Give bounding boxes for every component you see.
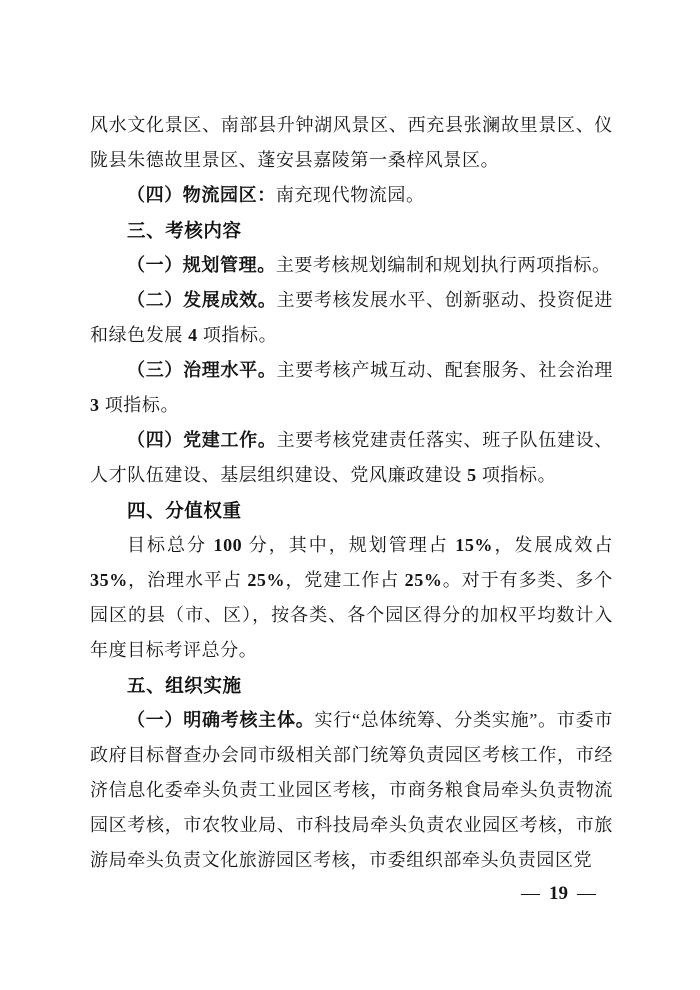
text-segment: （一）明确考核主体。 — [127, 710, 314, 730]
paragraph: （一）规划管理。主要考核规划编制和规划执行两项指标。 — [90, 248, 613, 283]
text-segment: 35% — [90, 570, 128, 590]
text-segment: 项指标。 — [100, 395, 180, 415]
text-segment: 项指标。 — [198, 325, 278, 345]
section-heading: 三、考核内容 — [90, 213, 613, 248]
text-segment: 南充现代物流园。 — [276, 185, 425, 205]
text-segment: 四、分值权重 — [127, 500, 242, 521]
text-segment: 25% — [247, 570, 285, 590]
text-segment: ，治理水平占 — [128, 570, 248, 590]
text-segment: 5 — [467, 465, 477, 485]
text-segment: 主要考核规划编制和规划执行两项指标。 — [276, 255, 611, 275]
page-number-dash-right: — — [577, 883, 596, 905]
paragraph: （一）明确考核主体。实行“总体统筹、分类实施”。市委市政府目标督查办会同市级相关… — [90, 703, 613, 878]
page-number: — 19 — — [521, 883, 596, 905]
text-segment: 主要考核产城互动、配套服务、社会治理 — [277, 360, 613, 380]
text-segment: （三）治理水平。 — [127, 360, 277, 380]
text-segment: 目标总分 — [127, 535, 213, 555]
text-segment: ，党建工作占 — [285, 570, 405, 590]
text-segment: （一）规划管理。 — [127, 255, 276, 275]
section-heading: 五、组织实施 — [90, 668, 613, 703]
text-segment: 分，其中，规划管理占 — [242, 535, 455, 555]
paragraph: （二）发展成效。主要考核发展水平、创新驱动、投资促进和绿色发展 4 项指标。 — [90, 283, 613, 353]
page-number-value: 19 — [549, 883, 568, 905]
text-segment: 三、考核内容 — [127, 220, 242, 241]
text-segment: （四）党建工作。 — [127, 430, 277, 450]
text-segment: 4 — [188, 325, 198, 345]
document-page: 风水文化景区、南部县升钟湖风景区、西充县张澜故里景区、仪陇县朱德故里景区、蓬安县… — [0, 0, 700, 990]
paragraph: （四）物流园区：南充现代物流园。 — [90, 178, 613, 213]
paragraph: 目标总分 100 分，其中，规划管理占 15%，发展成效占 35%，治理水平占 … — [90, 528, 613, 668]
section-heading: 四、分值权重 — [90, 493, 613, 528]
paragraph: （三）治理水平。主要考核产城互动、配套服务、社会治理 3 项指标。 — [90, 353, 613, 423]
text-segment: 15% — [455, 535, 493, 555]
text-segment: （四）物流园区： — [127, 185, 276, 205]
text-segment: 风水文化景区、南部县升钟湖风景区、西充县张澜故里景区、仪陇县朱德故里景区、蓬安县… — [90, 115, 613, 170]
text-segment: ，发展成效占 — [493, 535, 613, 555]
text-segment: （二）发展成效。 — [127, 290, 277, 310]
text-segment: 五、组织实施 — [127, 675, 242, 696]
paragraph: 风水文化景区、南部县升钟湖风景区、西充县张澜故里景区、仪陇县朱德故里景区、蓬安县… — [90, 108, 613, 178]
text-segment: 实行“总体统筹、分类实施”。市委市政府目标督查办会同市级相关部门统筹负责园区考核… — [90, 710, 613, 870]
text-segment: 3 — [90, 395, 100, 415]
text-segment: 100 — [213, 535, 242, 555]
text-segment: 25% — [405, 570, 443, 590]
paragraph: （四）党建工作。主要考核党建责任落实、班子队伍建设、人才队伍建设、基层组织建设、… — [90, 423, 613, 493]
page-number-dash-left: — — [521, 883, 540, 905]
text-segment: 项指标。 — [477, 465, 557, 485]
document-body: 风水文化景区、南部县升钟湖风景区、西充县张澜故里景区、仪陇县朱德故里景区、蓬安县… — [90, 108, 613, 878]
